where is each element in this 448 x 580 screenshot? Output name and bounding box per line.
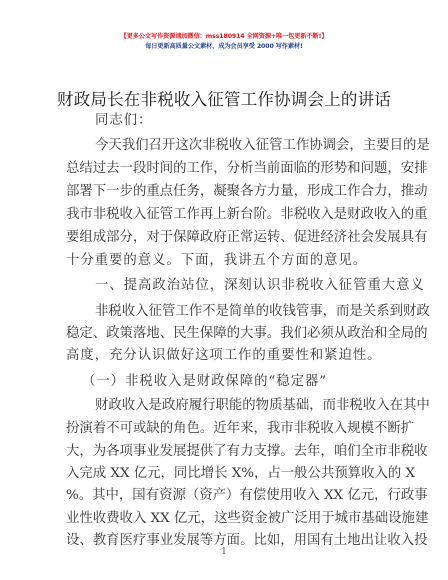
- paragraph-line: 要组成部分，对于保障政府正常运转、促进经济社会发展具有: [66, 230, 384, 246]
- promo-banner-line-1: 【更多公文写作资源请加微信：mss180914 全网资源+唯一包更新不断!】: [0, 31, 448, 40]
- paragraph-line: 高度，充分认识做好这项工作的重要性和紧迫性。: [66, 348, 384, 364]
- paragraph-line: 扮演着不可或缺的角色。近年来，我市非税收入规模不断扩: [66, 421, 384, 437]
- document-page: 【更多公文写作资源请加微信：mss180914 全网资源+唯一包更新不断!】 每…: [0, 0, 448, 580]
- paragraph-line: 财政收入是政府履行职能的物质基础，而非税收入在其中: [95, 398, 384, 414]
- paragraph-line: 总结过去一段时间的工作，分析当前面临的形势和问题，安排: [66, 161, 384, 177]
- paragraph-line: %。其中，国有资源（资产）有偿使用收入 XX 亿元，行政事: [66, 488, 384, 504]
- paragraph-line: 业性收费收入 XX 亿元，这些资金被广泛用于城市基础设施建: [66, 511, 384, 527]
- page-number: 1: [0, 547, 448, 557]
- section-heading: 一、提高政治站位，深刻认识非税收入征管重大意义: [95, 278, 384, 294]
- paragraph-line: 我市非税收入征管工作再上新台阶。非税收入是财政收入的重: [66, 207, 384, 223]
- promo-banner-line-2: 每日更新高质量公文素材，成为会员享受 2000 写作素材!: [0, 41, 448, 50]
- paragraph-line: 大，为各项事业发展提供了有力支撑。去年，咱们全市非税收: [66, 444, 384, 460]
- subsection-heading: （一）非税收入是财政保障的“稳定器”: [82, 374, 400, 390]
- paragraph-line: 部署下一步的重点任务，凝聚各方力量，形成工作合力，推动: [66, 184, 384, 200]
- paragraph-line: 入完成 XX 亿元，同比增长 X%，占一般公共预算收入的 X: [66, 466, 384, 482]
- paragraph-line: 十分重要的意义。下面，我讲五个方面的意见。: [66, 253, 384, 269]
- salutation: 同志们：: [95, 113, 384, 129]
- paragraph-line: 今天我们召开这次非税收入征管工作协调会，主要目的是: [95, 138, 384, 154]
- paragraph-line: 稳定、政策落地、民生保障的大事。我们必须从政治和全局的: [66, 326, 384, 342]
- document-title: 财政局长在非税收入征管工作协调会上的讲话: [0, 86, 448, 110]
- paragraph-line: 非税收入征管工作不是简单的收钱管事，而是关系到财政: [95, 304, 384, 320]
